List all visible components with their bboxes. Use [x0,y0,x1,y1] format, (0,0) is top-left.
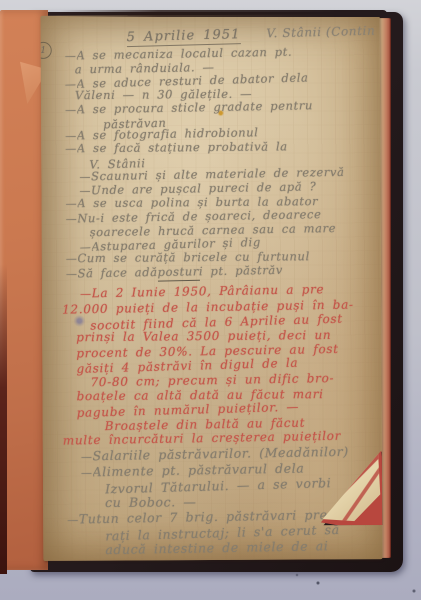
line-text: Cum se curăță bricele cu furtunul [77,250,309,265]
line-text: cu Boboc. — [105,494,196,510]
notebook-page: 1 5 Aprilie 1951 V. Stânii (Contin —A se… [41,14,383,561]
section-separator [158,280,200,282]
page-number-badge: 1 [41,42,52,59]
spine-edge [0,264,7,574]
dash-spacer [55,373,77,374]
dash-bullet: — [53,104,77,117]
dash-bullet: — [53,144,77,157]
dash-bullet: — [54,253,78,266]
dash-bullet: — [54,198,78,211]
dash-bullet: — [54,268,78,281]
dash-bullet: — [55,512,79,528]
dash-bullet: — [54,213,78,226]
cover-top-edge [60,10,387,17]
dash-bullet: — [53,50,77,63]
dash-bullet: — [69,465,93,481]
photo-backdrop: 1 5 Aprilie 1951 V. Stânii (Contin —A se… [0,0,421,600]
page-number: 1 [41,45,47,55]
note-section-1-red: —La 2 Iunie 1950, Pârâianu a pre12.000 p… [54,284,380,447]
note-section-0-pencil: —A se mecaniza localul cazan pt.a urma r… [53,46,379,279]
entry-header: 5 Aprilie 1951 V. Stânii (Contin [127,24,378,48]
notebook: 1 5 Aprilie 1951 V. Stânii (Contin —A se… [0,10,407,574]
line-text: A se usca polina și burta la abator [77,195,318,210]
entry-date: 5 Aprilie 1951 [127,27,241,47]
line-text: Văleni — n 30 gălețile. — [75,87,252,101]
dash-bullet: — [67,171,91,184]
dash-bullet: — [69,449,93,465]
entry-location: V. Stânii (Contin [266,24,375,41]
dash-spacer [83,540,105,541]
folded-corner [318,449,383,525]
line-text: aducă intestine de miele de ai [105,538,328,557]
dash-spacer [55,417,77,418]
dash-bullet: — [68,288,92,303]
